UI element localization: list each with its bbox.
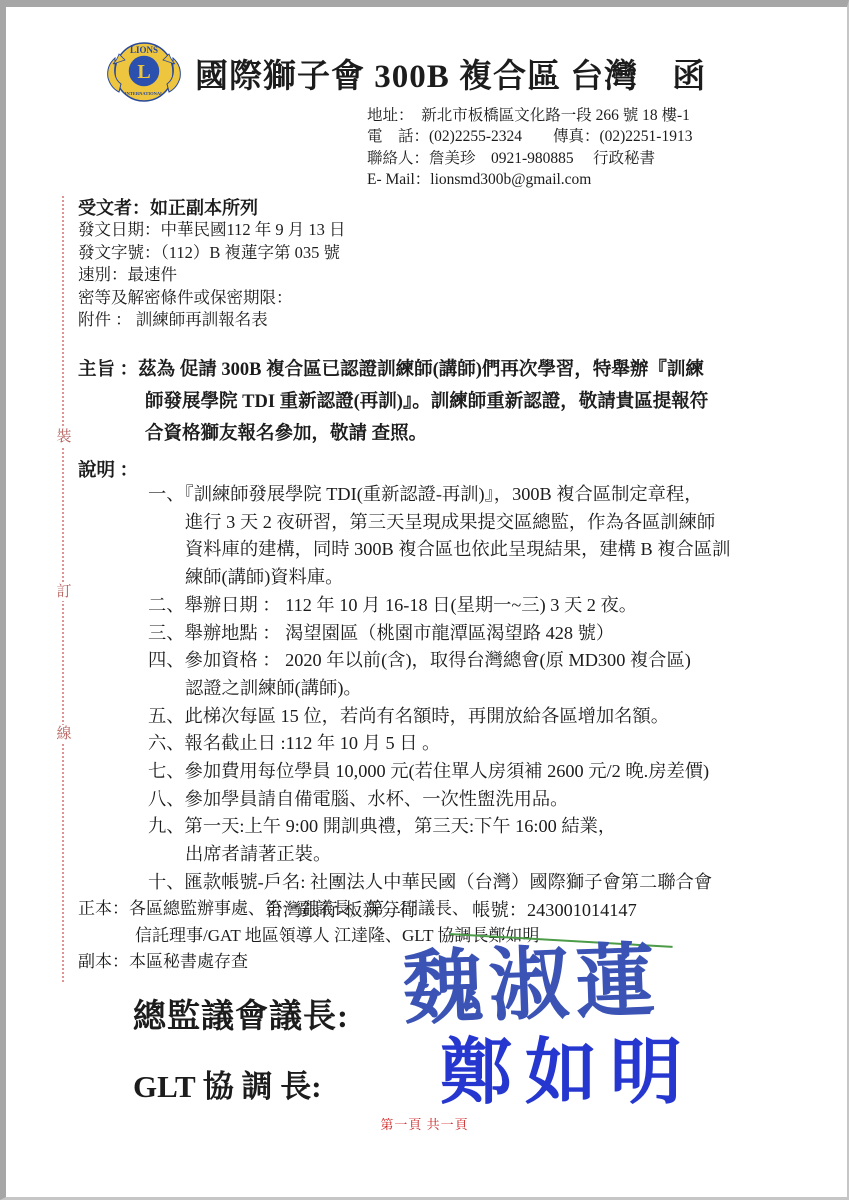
explanation-line: 二、舉辦日期 ： 112 年 10 月 16-18 日(星期一~三) 3 天 2… bbox=[148, 592, 848, 620]
contact-info-block: 地址： 新北市板橋區文化路一段 266 號 18 樓-1電 話：(02)2255… bbox=[367, 105, 692, 190]
explanation-line: 資料庫的建構，同時 300B 複合區也依此呈現結果，建構 B 複合區訓 bbox=[185, 536, 848, 564]
glt-coordinator-title-label: GLT 協 調 長: bbox=[133, 1061, 322, 1106]
meta-line: 發文字號：（112）B 複蓮字第 035 號 bbox=[78, 242, 346, 264]
explanation-line: 一、『訓練師發展學院 TDI(重新認證-再訓)』，300B 複合區制定章程， bbox=[148, 481, 848, 509]
subject-line: 師發展學院 TDI 重新認證(再訓)』。訓練師重新認證，敬請貴區提報符 bbox=[145, 387, 793, 419]
contact-line: E- Mail：lionsmd300b@gmail.com bbox=[367, 169, 692, 190]
explanation-line: 四、參加資格 ： 2020 年以前(含)，取得台灣總會(原 MD300 複合區) bbox=[148, 647, 848, 675]
subject-block: 主旨 ：茲為 促請 300B 複合區已認證訓練師(講師)們再次學習，特舉辦『訓練… bbox=[78, 355, 793, 450]
explanation-line: 出席者請著正裝。 bbox=[185, 841, 848, 869]
meta-line: 受文者：如正副本所列 bbox=[78, 197, 346, 219]
chair-title-label: 總監議會議長: bbox=[133, 990, 349, 1037]
contact-line: 聯絡人：詹美珍 0921-980885 行政秘書 bbox=[367, 148, 692, 169]
lions-international-logo-icon: L LIONS INTERNATIONAL bbox=[105, 40, 183, 104]
contact-line: 電 話：(02)2255-2324 傳真：(02)2251-1913 bbox=[367, 126, 692, 147]
document-title: 國際獅子會 300B 複合區 台灣 函 bbox=[195, 50, 695, 97]
binding-mark-zhuang: 裝 bbox=[54, 428, 74, 446]
svg-text:L: L bbox=[137, 61, 150, 83]
copy-recipient-line: 正本：各區總監辦事處、第一副議長、第二副議長、 bbox=[78, 896, 539, 923]
explanation-line: 十、匯款帳號-戶名: 社團法人中華民國（台灣）國際獅子會第二聯合會 bbox=[148, 869, 848, 897]
meta-line: 附件 ： 訓練師再訓報名表 bbox=[78, 309, 346, 331]
explanation-line: 五、此梯次每區 15 位，若尚有名額時，再開放給各區增加名額。 bbox=[148, 703, 848, 731]
explanation-line: 進行 3 天 2 夜研習，第三天呈現成果提交區總監，作為各區訓練師 bbox=[185, 509, 848, 537]
subject-line: 合資格獅友報名參加，敬請 查照。 bbox=[145, 419, 793, 451]
explanation-line: 認證之訓練師(講師)。 bbox=[185, 675, 848, 703]
meta-line: 發文日期：中華民國112 年 9 月 13 日 bbox=[78, 219, 346, 241]
contact-line: 地址： 新北市板橋區文化路一段 266 號 18 樓-1 bbox=[367, 105, 692, 126]
explanation-label: 說明 ： bbox=[78, 456, 138, 482]
meta-line: 密等及解密條件或保密期限： bbox=[78, 287, 346, 309]
binding-mark-ding: 訂 bbox=[54, 583, 74, 601]
chair-signature-stamp: 魏淑蓮 bbox=[401, 934, 662, 1039]
explanation-line: 七、參加費用每位學員 10,000 元(若住單人房須補 2600 元/2 晚.房… bbox=[148, 758, 848, 786]
document-meta-block: 受文者：如正副本所列發文日期：中華民國112 年 9 月 13 日發文字號：（1… bbox=[78, 197, 346, 331]
binding-mark-xian: 線 bbox=[54, 725, 74, 743]
explanation-line: 三、舉辦地點 ： 渴望園區（桃園市龍潭區渴望路 428 號） bbox=[148, 620, 848, 648]
explanation-line: 九、第一天:上午 9:00 開訓典禮，第三天:下午 16:00 結業， bbox=[148, 813, 848, 841]
page-number-footer: 第一頁 共一頁 bbox=[0, 1114, 849, 1133]
subject-line: 主旨 ：茲為 促請 300B 複合區已認證訓練師(講師)們再次學習，特舉辦『訓練 bbox=[78, 355, 793, 387]
glt-coordinator-signature-stamp: 鄭如明 bbox=[440, 1030, 695, 1116]
explanation-line: 六、報名截止日 :112 年 10 月 5 日 。 bbox=[148, 730, 848, 758]
explanation-line: 練師(講師)資料庫。 bbox=[185, 564, 848, 592]
explanation-list: 一、『訓練師發展學院 TDI(重新認證-再訓)』，300B 複合區制定章程，進行… bbox=[148, 481, 848, 924]
scanned-letter-page: 裝 訂 線 L LIONS INTERNATIONAL 國際獅子會 300B 複… bbox=[0, 0, 849, 1200]
binding-dotted-line: 裝 訂 線 bbox=[62, 196, 64, 982]
meta-line: 速別：最速件 bbox=[78, 264, 346, 286]
svg-text:INTERNATIONAL: INTERNATIONAL bbox=[125, 91, 163, 96]
explanation-line: 八、參加學員請自備電腦、水杯、一次性盥洗用品。 bbox=[148, 786, 848, 814]
svg-text:LIONS: LIONS bbox=[130, 45, 158, 55]
